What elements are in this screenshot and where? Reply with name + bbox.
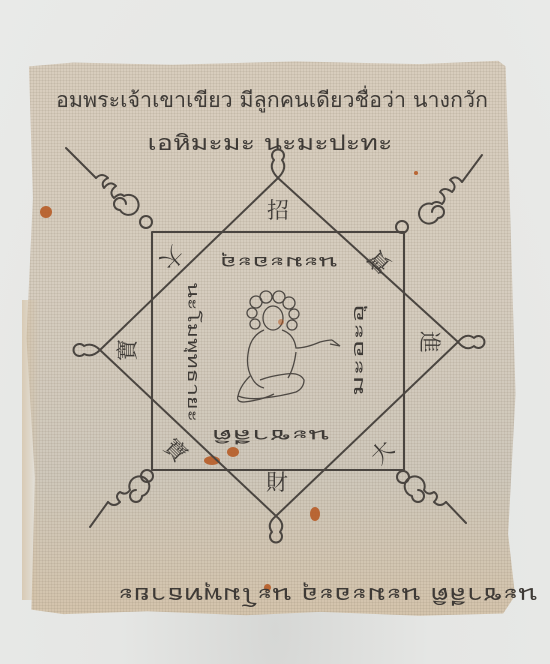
glyph-bottom-cai: 財	[266, 471, 288, 496]
photograph: อมพระเจ้าเขาเขียว มีลูกคนเดียวชื่อว่า นา…	[0, 0, 550, 664]
loop-circle-square-tl	[140, 216, 152, 228]
spiral-ornament-bottom-left	[90, 476, 149, 527]
glyph-top-right: 寶	[363, 244, 396, 277]
loop-circle-diamond-left	[74, 344, 100, 356]
glyph-top-left: 大	[154, 240, 187, 273]
inner-incantation-bottom: นะชาลีติ	[212, 425, 330, 445]
inner-incantation-right: มะอะอุ	[348, 304, 368, 396]
inner-incantation-top: นะมะอะอุ	[220, 252, 338, 272]
loop-circle-square-br	[397, 471, 409, 483]
yantra-drawing: อมพระเจ้าเขาเขียว มีลูกคนเดียวชื่อว่า นา…	[0, 0, 550, 664]
glyph-bottom-left: 寶	[158, 434, 191, 467]
spiral-ornament-top-left	[66, 148, 139, 215]
spiral-ornament-bottom-right	[405, 476, 466, 523]
loop-circle-diamond-right	[458, 336, 484, 349]
glyph-left-bao: 寶	[116, 339, 141, 361]
footer-incantation-upside-down: นะชาลีติ นะมะอะอุ นะโมพุทธายะ	[118, 582, 538, 607]
seated-figure-icon	[238, 291, 340, 402]
loop-circle-diamond-bottom	[270, 516, 283, 542]
glyph-bottom-right: 大	[366, 436, 399, 469]
glyph-right-jin: 進	[416, 331, 441, 353]
inner-incantation-left: นะโมพุทธายะ	[183, 282, 203, 422]
glyph-top-zhao: 招	[267, 199, 289, 224]
spiral-ornament-top-right	[419, 155, 482, 224]
header-incantation-line-1: อมพระเจ้าเขาเขียว มีลูกคนเดียวชื่อว่า นา…	[56, 85, 488, 113]
header-incantation-line-2: เอหิมะมะ นะมะปะทะ	[148, 131, 393, 155]
